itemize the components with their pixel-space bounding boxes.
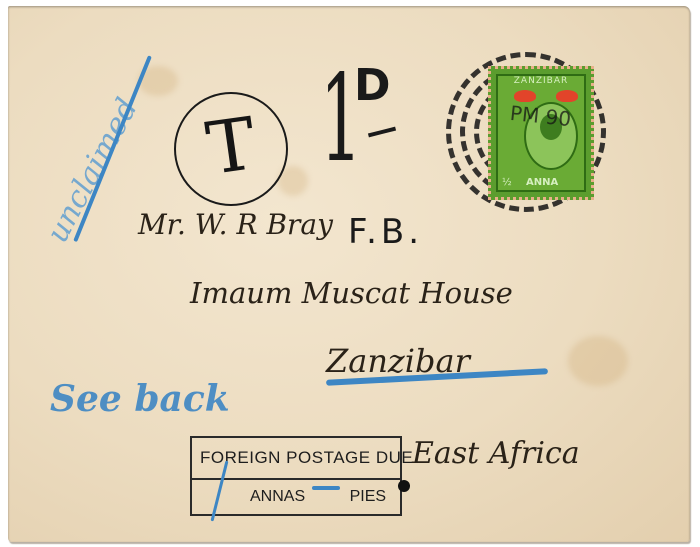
postage-stamp: ZANZIBAR ½ ANNA xyxy=(488,66,594,200)
postage-due-units: ANNAS PIES xyxy=(250,488,386,506)
address-country: East Africa xyxy=(412,436,580,471)
charge-unit: D xyxy=(354,60,391,111)
postage-due-title: FOREIGN POSTAGE DUE xyxy=(200,448,413,468)
tax-letter: T xyxy=(171,97,292,195)
paper-stain xyxy=(568,336,628,386)
address-street: Imaum Muscat House xyxy=(190,276,513,310)
ink-blot xyxy=(398,480,410,492)
initials-handstamp: F.B. xyxy=(348,212,423,252)
address-recipient: Mr. W. R Bray xyxy=(138,208,333,241)
stamp-unit: ANNA xyxy=(526,177,558,188)
flag-icon xyxy=(556,90,578,102)
tax-circle-handstamp: T xyxy=(174,92,288,206)
annas-label: ANNAS xyxy=(250,488,305,505)
see-back-annotation: See back xyxy=(50,378,230,420)
pies-label: PIES xyxy=(350,488,386,505)
stamp-value: ½ xyxy=(502,177,512,188)
stamp-country: ZANZIBAR xyxy=(498,76,584,88)
blue-dash-mark xyxy=(312,486,340,490)
flag-icon xyxy=(514,90,536,102)
